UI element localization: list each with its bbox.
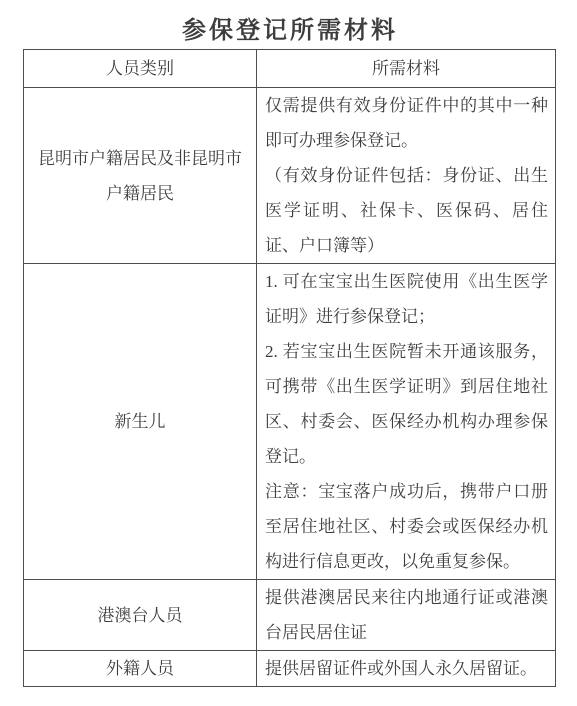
materials-paragraph: 提供港澳居民来往内地通行证或港澳台居民居住证: [265, 580, 548, 650]
table-row-newborn: 新生儿 1. 可在宝宝出生医院使用《出生医学证明》进行参保登记； 2. 若宝宝出…: [24, 264, 556, 580]
table-row-hmt: 港澳台人员 提供港澳居民来往内地通行证或港澳台居民居住证: [24, 580, 556, 651]
table-row-residents: 昆明市户籍居民及非昆明市户籍居民 仅需提供有效身份证件中的其中一种即可办理参保登…: [24, 88, 556, 264]
materials-cell-residents: 仅需提供有效身份证件中的其中一种即可办理参保登记。 （有效身份证件包括：身份证、…: [257, 88, 556, 264]
materials-paragraph: （有效身份证件包括：身份证、出生医学证明、社保卡、医保码、居住证、户口簿等）: [265, 158, 548, 263]
materials-cell-foreign: 提供居留证件或外国人永久居留证。: [257, 651, 556, 687]
materials-paragraph: 仅需提供有效身份证件中的其中一种即可办理参保登记。: [265, 88, 548, 158]
table-row-foreign: 外籍人员 提供居留证件或外国人永久居留证。: [24, 651, 556, 687]
category-cell-residents: 昆明市户籍居民及非昆明市户籍居民: [24, 88, 257, 264]
page-title: 参保登记所需材料: [0, 10, 577, 45]
category-cell-foreign: 外籍人员: [24, 651, 257, 687]
materials-paragraph: 提供居留证件或外国人永久居留证。: [265, 651, 548, 686]
header-cell-category: 人员类别: [24, 50, 257, 88]
materials-paragraph: 注意：宝宝落户成功后，携带户口册至居住地社区、村委会或医保经办机构进行信息更改，…: [265, 474, 548, 579]
header-cell-materials: 所需材料: [257, 50, 556, 88]
materials-cell-newborn: 1. 可在宝宝出生医院使用《出生医学证明》进行参保登记； 2. 若宝宝出生医院暂…: [257, 264, 556, 580]
materials-paragraph: 2. 若宝宝出生医院暂未开通该服务，可携带《出生医学证明》到居住地社区、村委会、…: [265, 334, 548, 474]
materials-cell-hmt: 提供港澳居民来往内地通行证或港澳台居民居住证: [257, 580, 556, 651]
category-cell-newborn: 新生儿: [24, 264, 257, 580]
table-header-row: 人员类别 所需材料: [24, 50, 556, 88]
materials-paragraph: 1. 可在宝宝出生医院使用《出生医学证明》进行参保登记；: [265, 264, 548, 334]
materials-table: 人员类别 所需材料 昆明市户籍居民及非昆明市户籍居民 仅需提供有效身份证件中的其…: [23, 49, 556, 687]
category-cell-hmt: 港澳台人员: [24, 580, 257, 651]
